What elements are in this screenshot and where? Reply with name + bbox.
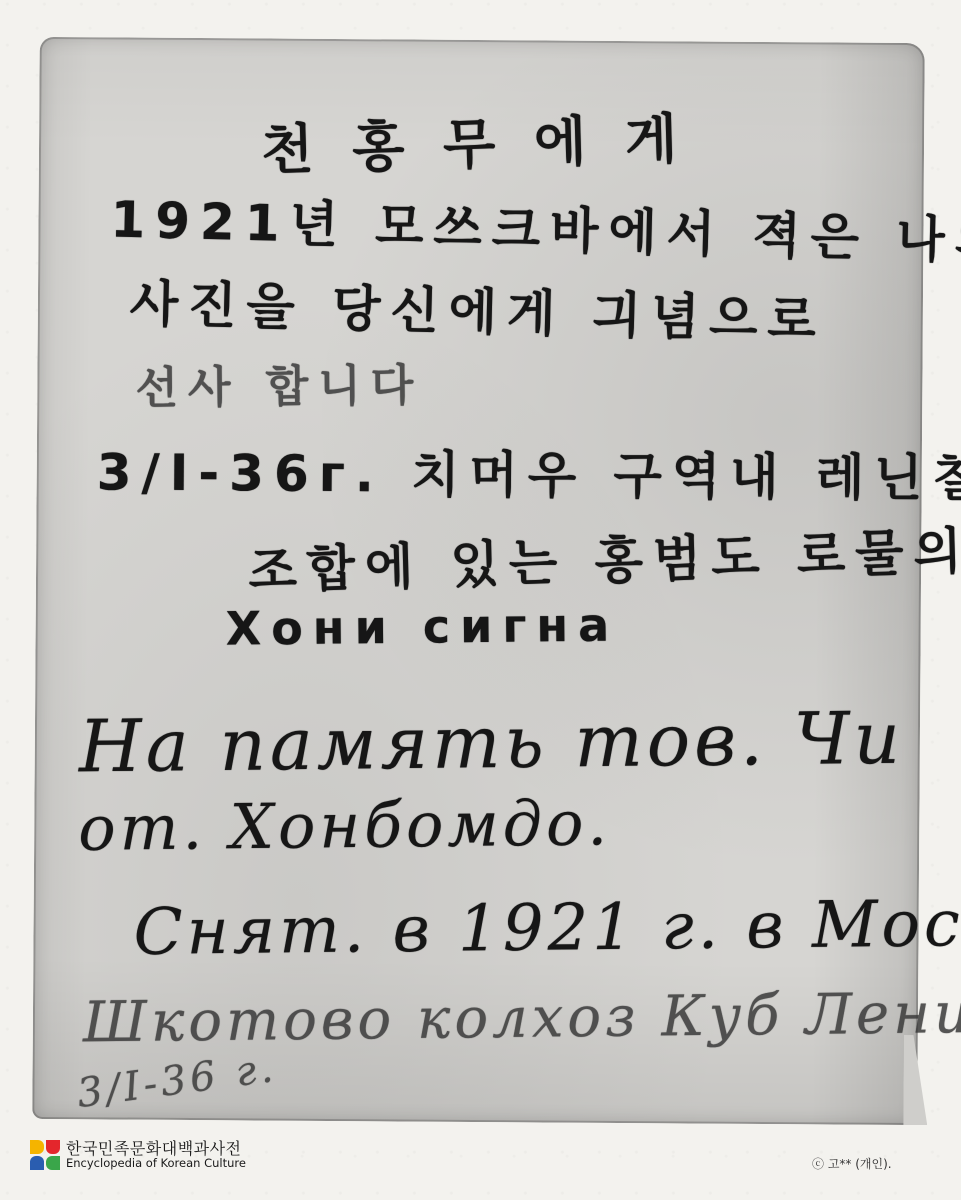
note-line-russian: На память тов. Чи: [78, 696, 904, 789]
note-line-russian: Снят. в 1921 г. в Москве: [133, 886, 961, 970]
note-line-signature: Хони сигна: [225, 598, 619, 656]
note-line-date: 3/I-36г. 치머우 구역내 레닌칠: [97, 432, 961, 510]
ekc-logo-icon: [30, 1140, 60, 1170]
note-line: 선사 합니다: [135, 349, 423, 416]
encyclopedia-brand: 한국민족문화대백과사전 Encyclopedia of Korean Cultu…: [30, 1140, 246, 1170]
handwritten-note-paper: 천 홍 무 에 게 1921년 모쓰크바에서 젹은 나의 사진을 당신에게 긔념…: [32, 37, 925, 1125]
note-line: 조합에 있는 홍범도 로물의: [247, 511, 961, 603]
note-line-russian: от. Хонбомдо.: [78, 786, 611, 865]
brand-name-english: Encyclopedia of Korean Culture: [66, 1157, 246, 1169]
note-line-date-russian: 3/I-36 г.: [74, 1045, 279, 1117]
note-line-recipient: 천 홍 무 에 게: [260, 96, 688, 185]
brand-name-korean: 한국민족문화대백과사전: [66, 1141, 246, 1158]
copyright-notice: ⓒ 고** (개인).: [812, 1155, 892, 1172]
note-line-russian: Шкотово колхоз Куб Ленин: [83, 981, 961, 1056]
note-line: 사진을 당신에게 긔념으로: [129, 263, 827, 352]
note-line: 1921년 모쓰크바에서 젹은 나의: [110, 180, 961, 274]
